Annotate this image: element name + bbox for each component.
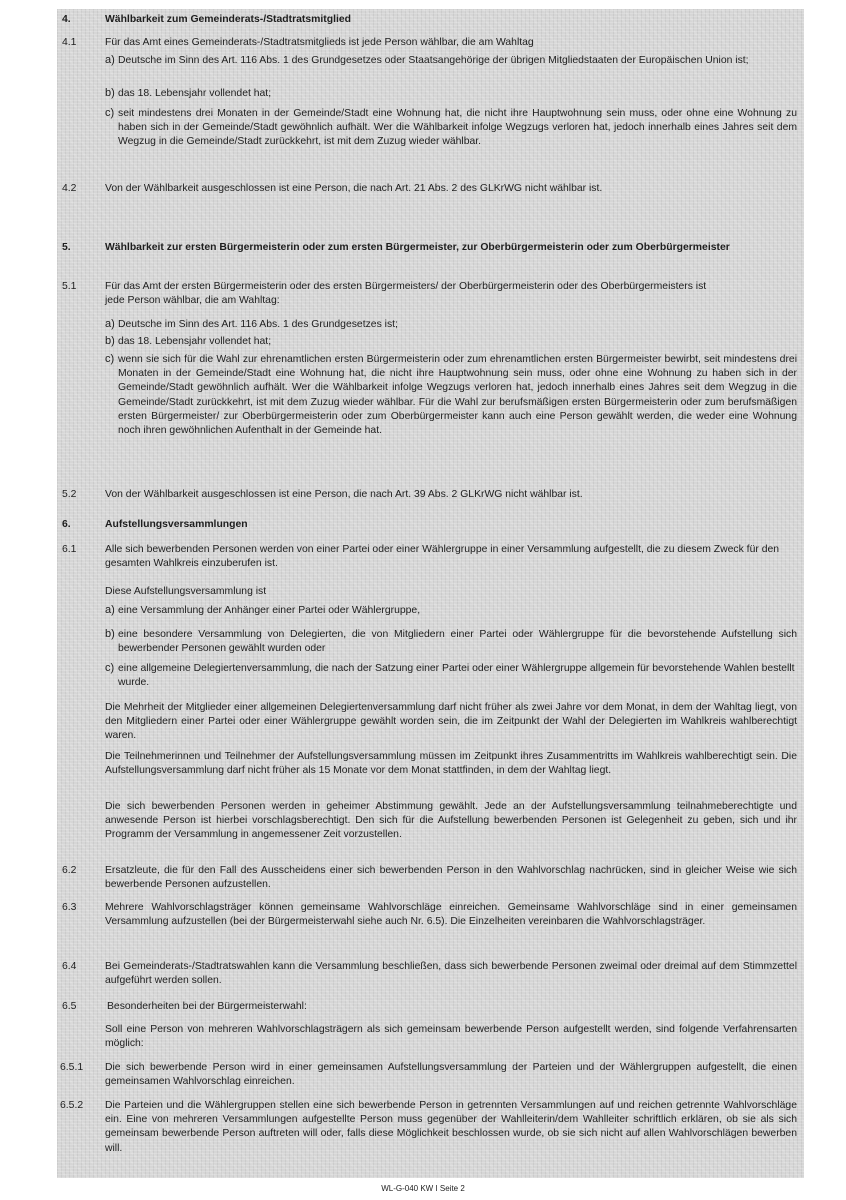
section-4-number: 4.: [62, 13, 71, 27]
list-item: a) Deutsche im Sinn des Art. 116 Abs. 1 …: [105, 318, 797, 332]
para-6-5-number: 6.5: [62, 1000, 76, 1014]
para-6-5-1-text: Die sich bewerbende Person wird in einer…: [105, 1061, 797, 1089]
para-5-1-text: Für das Amt der ersten Bürgermeisterin o…: [105, 280, 725, 308]
para-6-1-paragraph: Die Mehrheit der Mitglieder einer allgem…: [105, 701, 797, 744]
para-6-5-text: Besonderheiten bei der Bürgermeisterwahl…: [107, 1000, 799, 1014]
para-6-1-paragraph: Die sich bewerbenden Personen werden in …: [105, 800, 797, 843]
para-5-2-text: Von der Wählbarkeit ausgeschlossen ist e…: [105, 488, 797, 502]
section-5-title: Wählbarkeit zur ersten Bürgermeisterin o…: [105, 241, 797, 255]
list-item: b) das 18. Lebensjahr vollendet hat;: [105, 335, 797, 349]
para-6-1-paragraph: Die Teilnehmerinnen und Teilnehmer der A…: [105, 750, 797, 778]
list-item-text: eine allgemeine Delegiertenversammlung, …: [118, 662, 797, 690]
list-item-label: b): [105, 627, 115, 641]
list-item: b) das 18. Lebensjahr vollendet hat;: [105, 87, 797, 101]
para-6-1-intro: Diese Aufstellungsversammlung ist: [105, 585, 797, 599]
list-item-label: a): [105, 603, 115, 617]
para-4-1-text: Für das Amt eines Gemeinderats-/Stadtrat…: [105, 36, 797, 50]
para-5-1-number: 5.1: [62, 280, 76, 294]
para-6-3-number: 6.3: [62, 901, 76, 915]
para-6-1-text: Alle sich bewerbenden Personen werden vo…: [105, 543, 797, 571]
section-5-number: 5.: [62, 241, 71, 255]
list-item-label: b): [105, 86, 115, 100]
list-item: b) eine besondere Versammlung von Delegi…: [105, 628, 797, 656]
list-item-text: Deutsche im Sinn des Art. 116 Abs. 1 des…: [118, 54, 768, 68]
para-4-2-text: Von der Wählbarkeit ausgeschlossen ist e…: [105, 182, 797, 196]
list-item-label: a): [105, 53, 115, 67]
para-6-3-text: Mehrere Wahlvorschlagsträger können geme…: [105, 901, 797, 929]
para-6-4-text: Bei Gemeinderats-/Stadtratswahlen kann d…: [105, 960, 797, 988]
para-4-1-number: 4.1: [62, 36, 76, 50]
page-footer: WL-G-040 KW I Seite 2: [0, 1184, 846, 1193]
section-6-number: 6.: [62, 518, 71, 532]
list-item-label: a): [105, 317, 115, 331]
list-item-label: c): [105, 661, 114, 675]
list-item-text: seit mindestens drei Monaten in der Geme…: [118, 107, 797, 150]
list-item-text: eine besondere Versammlung von Delegiert…: [118, 628, 797, 656]
para-6-4-number: 6.4: [62, 960, 76, 974]
list-item-label: b): [105, 334, 115, 348]
list-item: c) seit mindestens drei Monaten in der G…: [105, 107, 797, 150]
para-6-2-number: 6.2: [62, 864, 76, 878]
list-item-label: c): [105, 352, 114, 366]
para-6-5-2-text: Die Parteien und die Wählergruppen stell…: [105, 1099, 797, 1156]
list-item-text: das 18. Lebensjahr vollendet hat;: [118, 335, 797, 349]
para-6-5-1-number: 6.5.1: [60, 1061, 83, 1075]
section-6-title: Aufstellungsversammlungen: [105, 518, 797, 532]
list-item-text: Deutsche im Sinn des Art. 116 Abs. 1 des…: [118, 318, 797, 332]
section-4-title: Wählbarkeit zum Gemeinderats-/Stadtratsm…: [105, 13, 797, 27]
list-item-text: eine Versammlung der Anhänger einer Part…: [118, 604, 797, 618]
list-item: a) Deutsche im Sinn des Art. 116 Abs. 1 …: [105, 54, 797, 68]
list-item: c) wenn sie sich für die Wahl zur ehrena…: [105, 353, 797, 438]
para-5-2-number: 5.2: [62, 488, 76, 502]
list-item: a) eine Versammlung der Anhänger einer P…: [105, 604, 797, 618]
para-6-1-number: 6.1: [62, 543, 76, 557]
list-item-text: das 18. Lebensjahr vollendet hat;: [118, 87, 797, 101]
para-6-5-2-number: 6.5.2: [60, 1099, 83, 1113]
list-item: c) eine allgemeine Delegiertenversammlun…: [105, 662, 797, 690]
list-item-text: wenn sie sich für die Wahl zur ehrenamtl…: [118, 353, 797, 438]
para-6-5-intro: Soll eine Person von mehreren Wahlvorsch…: [105, 1023, 797, 1051]
para-4-2-number: 4.2: [62, 182, 76, 196]
list-item-label: c): [105, 106, 114, 120]
para-6-2-text: Ersatzleute, die für den Fall des Aussch…: [105, 864, 797, 892]
